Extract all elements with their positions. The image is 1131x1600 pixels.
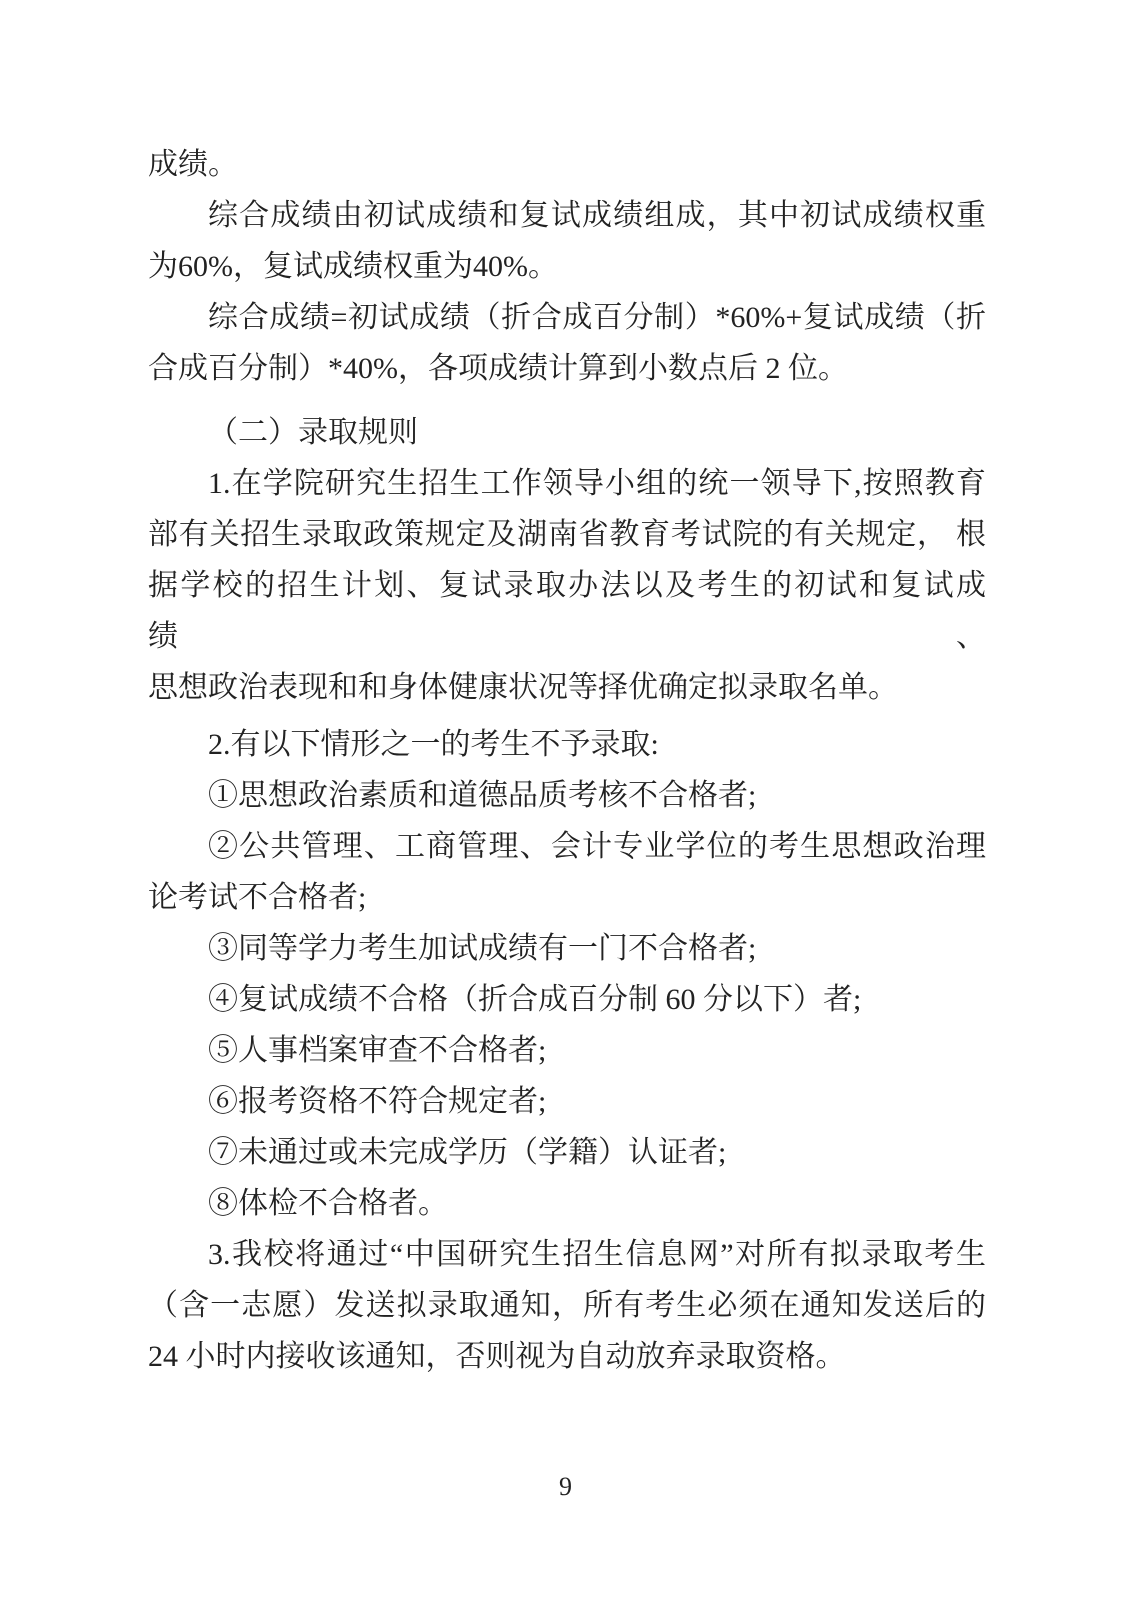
doc-line: ⑥报考资格不符合规定者;: [148, 1076, 986, 1127]
doc-line: 3.我校将通过“中国研究生招生信息网”对所有拟录取考生: [148, 1229, 986, 1280]
doc-line: 合成百分制）*40%，各项成绩计算到小数点后 2 位。: [148, 343, 986, 394]
doc-line: ⑦未通过或未完成学历（学籍）认证者;: [148, 1127, 986, 1178]
doc-line: 思想政治表现和和身体健康状况等择优确定拟录取名单。: [148, 662, 986, 713]
doc-line: （含一志愿）发送拟录取通知，所有考生必须在通知发送后的: [148, 1280, 986, 1331]
section-heading-line: （二）录取规则: [148, 407, 986, 458]
doc-line: 成绩。: [148, 139, 986, 190]
doc-line: 2.有以下情形之一的考生不予录取:: [148, 719, 986, 770]
doc-line: 部有关招生录取政策规定及湖南省教育考试院的有关规定， 根: [148, 509, 986, 560]
doc-line: ④复试成绩不合格（折合成百分制 60 分以下）者;: [148, 974, 986, 1025]
doc-line: 论考试不合格者;: [148, 872, 986, 923]
document-page: 成绩。 综合成绩由初试成绩和复试成绩组成，其中初试成绩权重 为60%，复试成绩权…: [148, 139, 986, 1382]
doc-line: 据学校的招生计划、复试录取办法以及考生的初试和复试成绩、: [148, 560, 986, 662]
doc-line: 综合成绩由初试成绩和复试成绩组成，其中初试成绩权重: [148, 190, 986, 241]
doc-line: 24 小时内接收该通知，否则视为自动放弃录取资格。: [148, 1331, 986, 1382]
doc-line: ②公共管理、工商管理、会计专业学位的考生思想政治理: [148, 821, 986, 872]
doc-line: 1.在学院研究生招生工作领导小组的统一领导下,按照教育: [148, 458, 986, 509]
doc-line: ⑤人事档案审查不合格者;: [148, 1025, 986, 1076]
doc-line: ①思想政治素质和道德品质考核不合格者;: [148, 770, 986, 821]
doc-line: ⑧体检不合格者。: [148, 1178, 986, 1229]
doc-line: ③同等学力考生加试成绩有一门不合格者;: [148, 923, 986, 974]
doc-line: 综合成绩=初试成绩（折合成百分制）*60%+复试成绩（折: [148, 292, 986, 343]
page-number: 9: [0, 1472, 1131, 1502]
doc-line: 为60%，复试成绩权重为40%。: [148, 241, 986, 292]
